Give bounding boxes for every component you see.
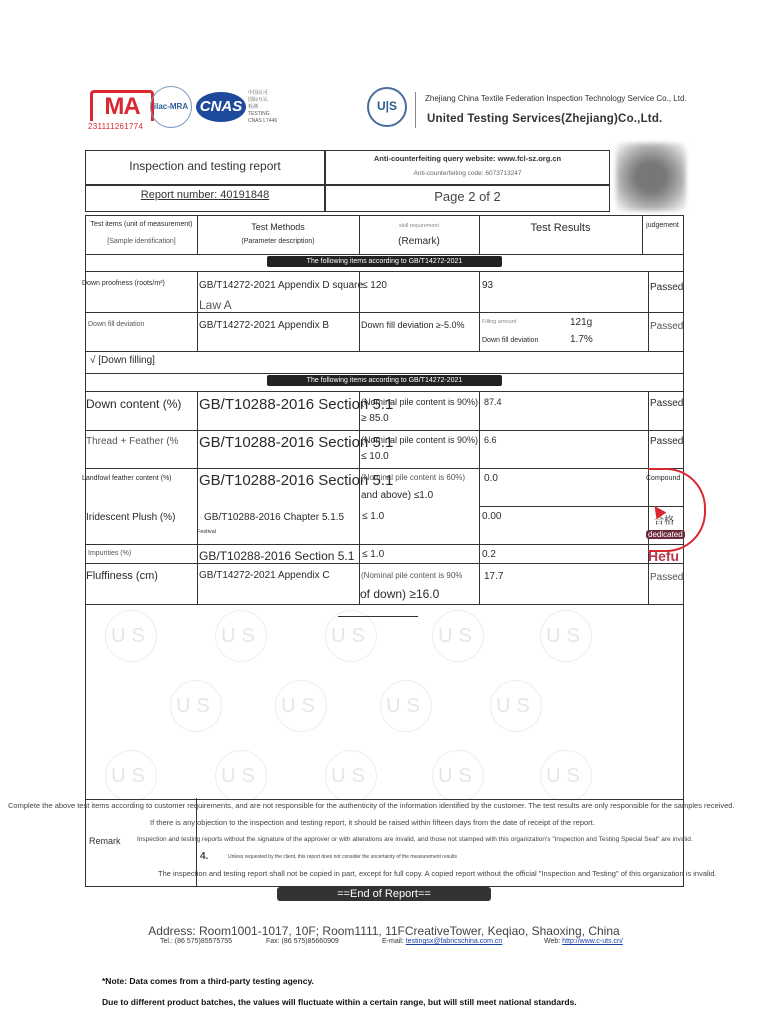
row-item: Down proofness (roots/m²) [82, 280, 165, 287]
remark-line: Complete the above test items according … [8, 801, 735, 810]
section-band: The following items according to GB/T142… [86, 258, 683, 265]
cnas-logo: CNAS [196, 92, 246, 122]
cnas-text-line: 中国认可 [248, 90, 277, 97]
email-link[interactable]: testingsx@fabricschina.com.cn [406, 938, 503, 945]
row-judgement: Passed [650, 321, 683, 332]
row-item: Landfowl feather content (%) [82, 475, 172, 482]
ilac-mra-logo: ilac-MRA [150, 86, 192, 128]
row-requirement-cont: of down) ≥16.0 [360, 587, 439, 601]
remark-line: Unless requested by the client, this rep… [228, 854, 457, 860]
row-judgement: Passed [650, 398, 683, 409]
section-band: The following items according to GB/T142… [86, 377, 683, 384]
row-judgement: Passed [650, 572, 683, 583]
col-header-requirement: skill requirement [359, 223, 479, 229]
address: Address: Room1001-1017, 10F; Room1111, 1… [0, 924, 768, 938]
report-number: Report number: 40191848 [86, 189, 324, 201]
row-requirement: ≤ 1.0 [362, 511, 384, 522]
cnas-text: 中国认可 国际互认 检测 TESTING CNAS L7446 [248, 90, 277, 125]
anti-counterfeit-code: Anti-counterfeiting code: 6073713247 [326, 170, 609, 177]
row-item: Down fill deviation [88, 321, 144, 328]
row-method: GB/T14272-2021 Appendix B [199, 320, 329, 331]
row-judgement: Passed [650, 282, 683, 293]
result-label: Filling amount [482, 319, 516, 325]
company-name: United Testing Services(Zhejiang)Co.,Ltd… [427, 113, 662, 125]
row-method: GB/T10288-2016 Chapter 5.1.5 [204, 512, 344, 523]
uts-logo: U|S [367, 87, 407, 127]
col-header-remark: (Remark) [359, 236, 479, 247]
report-title: Inspection and testing report [86, 159, 324, 173]
cnas-text-line: 检测 [248, 104, 277, 111]
row-requirement-cont: and above) ≤1.0 [361, 490, 433, 501]
row-result: 93 [482, 280, 493, 291]
web-block: Web: http://www.c-uts.cn/ [544, 938, 623, 945]
end-of-report: ==End of Report== [0, 888, 768, 900]
col-header-method: Test Methods [197, 222, 359, 232]
cnas-text-line: CNAS L7446 [248, 118, 277, 125]
fax: Fax: (86 575)85660909 [266, 938, 339, 945]
telephone: Tel.: (86 575)85575755 [160, 938, 232, 945]
web-link[interactable]: http://www.c-uts.cn/ [562, 938, 623, 945]
report-header-box: Inspection and testing report Report num… [85, 150, 610, 212]
results-table: Test items (unit of measurement) [Sample… [85, 215, 684, 800]
remark-line: If there is any objection to the inspect… [150, 818, 595, 827]
remark-label: Remark [89, 836, 121, 846]
row-method: GB/T10288-2016 Section 5.1 [199, 549, 354, 563]
row-result-fill: 121g [570, 317, 592, 328]
row-requirement: (Nominal pile content is 60%) [361, 473, 465, 482]
row-result: 17.7 [484, 571, 503, 582]
row-requirement: (Nominal pile content is 90%) [361, 435, 478, 445]
row-item: Down content (%) [86, 397, 181, 411]
remark-line: Inspection and testing reports without t… [137, 836, 693, 843]
cma-logo: MA [90, 90, 154, 121]
note-line-1: *Note: Data comes from a third-party tes… [102, 976, 314, 986]
row-requirement-cont: ≥ 85.0 [361, 413, 389, 424]
col-header-judgement: judgement [642, 222, 683, 229]
anti-counterfeit-website: Anti-counterfeiting query website: www.f… [326, 154, 609, 163]
row-item: Iridescent Plush (%) [86, 512, 175, 523]
row-judgement: Passed [650, 436, 683, 447]
email-label: E-mail: [382, 938, 404, 945]
row-item: Impurities (%) [88, 550, 131, 557]
row-result-deviation: 1.7% [570, 334, 593, 345]
col-header-item-sub: [Sample identification] [86, 238, 197, 245]
web-label: Web: [544, 938, 560, 945]
note-line-2: Due to different product batches, the va… [102, 997, 577, 1007]
col-header-item: Test items (unit of measurement) [86, 221, 197, 228]
col-header-method-sub: (Parameter description) [197, 238, 359, 245]
row-requirement: ≤ 120 [362, 280, 387, 291]
cma-number: 231111261774 [88, 122, 143, 131]
row-requirement-cont: ≤ 10.0 [361, 451, 389, 462]
remark-line: The inspection and testing report shall … [158, 869, 717, 878]
row-requirement: Down fill deviation ≥-5.0% [361, 320, 465, 330]
divider [415, 92, 416, 128]
result-label: Down fill deviation [482, 337, 538, 344]
cnas-text-line: 国际互认 [248, 97, 277, 104]
col-header-result: Test Results [479, 222, 642, 234]
page-indicator: Page 2 of 2 [326, 189, 609, 204]
qr-code-blurred [616, 143, 686, 211]
row-requirement: (Nominal pile content is 90% [361, 571, 462, 580]
row-result: 87.4 [484, 397, 502, 407]
section-label: √ [Down filling] [90, 355, 155, 366]
row-result: 6.6 [484, 435, 497, 445]
row-method: GB/T14272-2021 Appendix D square [199, 280, 363, 291]
row-method-cont: Festival [197, 529, 216, 535]
stamp-judgement: Hefu [648, 548, 679, 564]
email-block: E-mail: testingsx@fabricschina.com.cn [382, 938, 502, 945]
row-result: 0.2 [482, 549, 496, 560]
cnas-text-line: TESTING [248, 111, 277, 118]
row-result: 0.0 [484, 473, 498, 484]
row-method-cont: Law A [199, 298, 232, 312]
row-requirement: (Nominal pile content is 90%) [361, 397, 478, 407]
remark-line-number: 4. [200, 851, 208, 862]
row-item: Fluffiness (cm) [86, 570, 158, 582]
row-result: 0.00 [482, 511, 501, 522]
row-item: Thread + Feather (% [86, 436, 179, 447]
stamp-label: dedicated [646, 530, 685, 539]
row-method: GB/T14272-2021 Appendix C [199, 570, 330, 581]
row-requirement: ≤ 1.0 [362, 549, 384, 560]
company-name-long: Zhejiang China Textile Federation Inspec… [425, 94, 687, 103]
